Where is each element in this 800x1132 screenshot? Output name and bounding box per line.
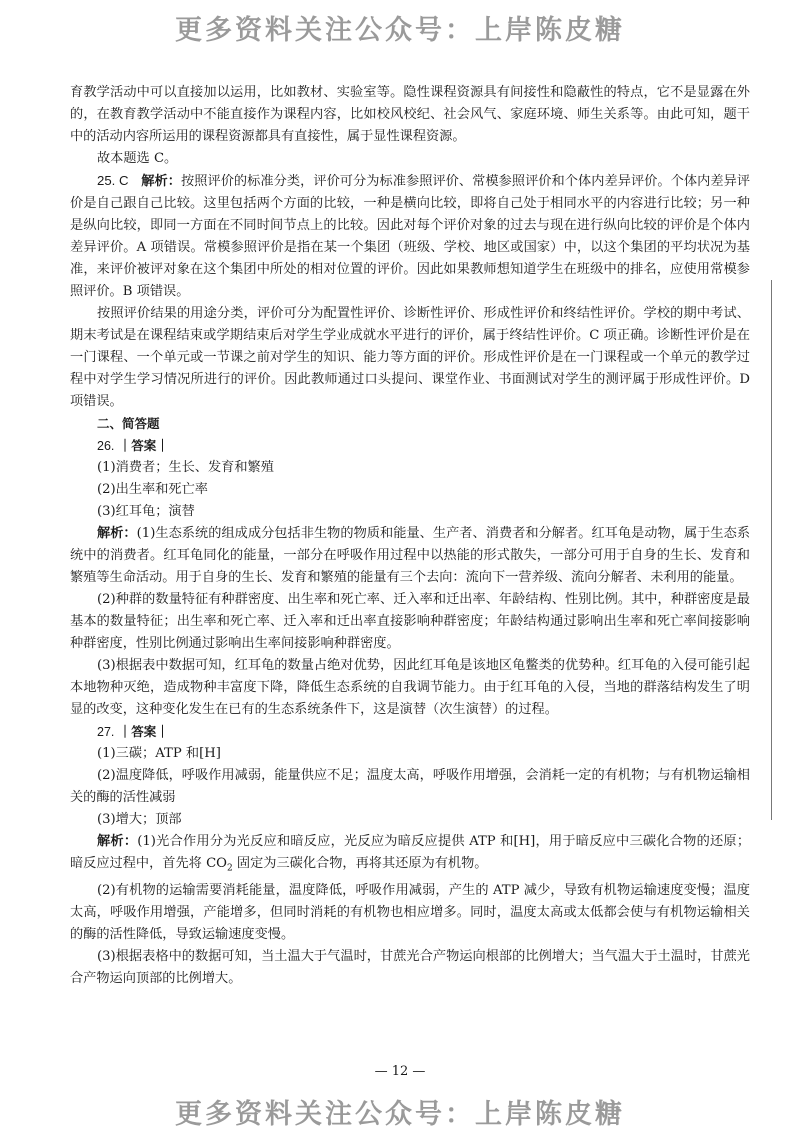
explanation-label: 解析： <box>97 834 137 849</box>
binding-margin-line <box>771 280 772 820</box>
page-content: 育教学活动中可以直接加以运用，比如教材、实验室等。隐性课程资源具有间接性和隐蔽性… <box>70 82 750 990</box>
answer-item: (2)出生率和死亡率 <box>70 479 750 501</box>
answer-item: (3)红耳龟；演替 <box>70 501 750 523</box>
explanation-paragraph: (3)根据表中数据可知，红耳龟的数量占绝对优势，因此红耳龟是该地区龟鳖类的优势种… <box>70 655 750 721</box>
question-25-explanation: 25. C 解析：按照评价的标准分类，评价可分为标准参照评价、常模参照评价和个体… <box>70 170 750 303</box>
explanation-text: (1)生态系统的组成成分包括非生物的物质和能量、生产者、消费者和分解者。红耳龟是… <box>70 526 750 585</box>
explanation-paragraph: (2)有机物的运输需要消耗能量，温度降低，呼吸作用减弱，产生的 ATP 减少，导… <box>70 880 750 946</box>
question-number: 25. C <box>97 173 129 188</box>
answer-label: ｜答案｜ <box>119 724 169 739</box>
answer-item: (1)消费者；生长、发育和繁殖 <box>70 457 750 479</box>
answer-label: ｜答案｜ <box>119 438 169 453</box>
section-heading: 二、简答题 <box>70 413 750 435</box>
explanation-paragraph: 解析：(1)光合作用分为光反应和暗反应，光反应为暗反应提供 ATP 和[H]，用… <box>70 831 750 880</box>
question-25-explanation-2: 按照评价结果的用途分类，评价可分为配置性评价、诊断性评价、形成性评价和终结性评价… <box>70 303 750 413</box>
explanation-paragraph: (3)根据表格中的数据可知，当土温大于气温时，甘蔗光合产物运向根部的比例增大；当… <box>70 946 750 990</box>
paragraph-continuation: 育教学活动中可以直接加以运用，比如教材、实验室等。隐性课程资源具有间接性和隐蔽性… <box>70 82 750 148</box>
explanation-label: 解析： <box>97 526 137 541</box>
question-26-header: 26. ｜答案｜ <box>70 435 750 457</box>
watermark-top: 更多资料关注公众号：上岸陈皮糖 <box>0 8 800 47</box>
answer-item: (1)三碳；ATP 和[H] <box>70 743 750 765</box>
answer-item: (3)增大；顶部 <box>70 809 750 831</box>
explanation-paragraph: (2)种群的数量特征有种群密度、出生率和死亡率、迁入率和迁出率、年龄结构、性别比… <box>70 589 750 655</box>
question-number: 27. <box>97 725 114 739</box>
watermark-bottom: 更多资料关注公众号：上岸陈皮糖 <box>0 1092 800 1131</box>
answer-item: (2)温度降低，呼吸作用减弱，能量供应不足；温度太高，呼吸作用增强，会消耗一定的… <box>70 765 750 809</box>
explanation-label: 解析： <box>141 174 181 189</box>
paragraph-conclusion: 故本题选 C。 <box>70 148 750 170</box>
page-number: — 12 — <box>0 1064 800 1079</box>
explanation-paragraph: 解析：(1)生态系统的组成成分包括非生物的物质和能量、生产者、消费者和分解者。红… <box>70 523 750 589</box>
explanation-text: 固定为三碳化合物，再将其还原为有机物。 <box>233 856 488 871</box>
question-number: 26. <box>97 439 114 453</box>
explanation-text: 按照评价的标准分类，评价可分为标准参照评价、常模参照评价和个体内差异评价。个体内… <box>70 174 750 299</box>
question-27-header: 27. ｜答案｜ <box>70 721 750 743</box>
